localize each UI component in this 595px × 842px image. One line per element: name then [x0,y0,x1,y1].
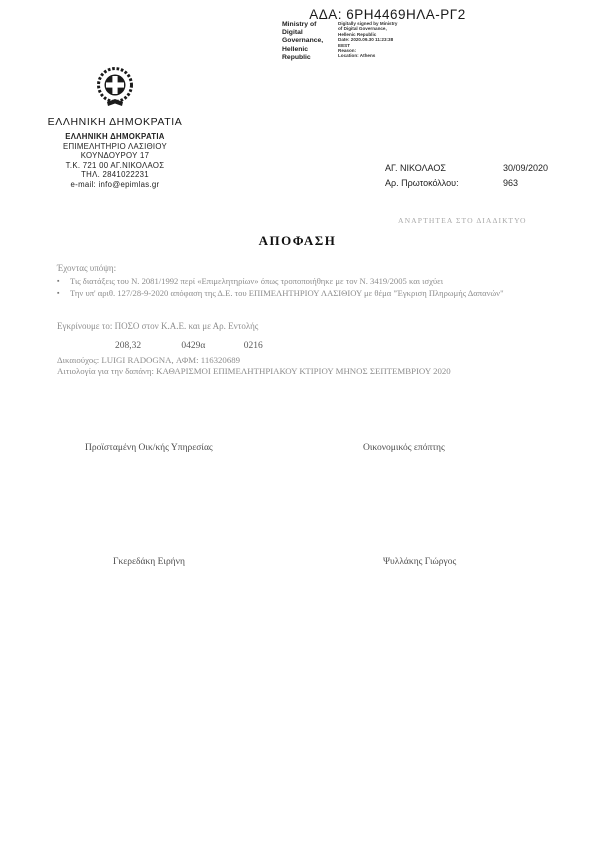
digital-signature-stamp: Ministry of Digital Governance, Hellenic… [282,21,420,62]
protocol-date: 30/09/2020 [503,163,575,173]
order-number: 0216 [244,341,263,351]
internet-posting-note: ΑΝΑΡΤΗΤΕΑ ΣΤΟ ΔΙΑΔΙΚΤΥΟ [398,216,527,225]
having-regard-label: Έχοντας υπόψη: [57,263,116,273]
protocol-number: 963 [503,178,575,188]
expense-reason-line: Αιτιολογία για την δαπάνη: ΚΑΘΑΡΙΣΜΟΙ ΕΠ… [57,366,557,376]
signature-title-right: Οικονομικός επόπτης [363,443,445,453]
hellenic-republic-emblem-icon [95,66,135,110]
amount-value: 208,32 [115,341,179,351]
legal-basis-list: ▪ Τις διατάξεις του Ν. 2081/1992 περί «Ε… [57,276,547,299]
legal-basis-text: Την υπ' αριθ. 127/28-9-2020 απόφαση της … [70,288,547,299]
list-item: ▪ Την υπ' αριθ. 127/28-9-2020 απόφαση τη… [57,288,547,299]
letterhead-republic-title: ΕΛΛΗΝΙΚΗ ΔΗΜΟΚΡΑΤΙΑ [30,116,200,128]
signature-name-left: Γκερεδάκη Ειρήνη [113,557,185,567]
document-page: ΑΔΑ: 6ΡΗ4469ΗΛΑ-ΡΓ2 Ministry of Digital … [0,0,595,842]
stamp-organization: Ministry of Digital Governance, Hellenic… [282,21,332,62]
stamp-signature-details: Digitally signed by Ministry of Digital … [338,21,420,62]
stamp-org-line: Hellenic Republic [282,46,332,62]
bullet-icon: ▪ [57,276,70,287]
decision-title: ΑΠΟΦΑΣΗ [0,233,595,249]
beneficiary-line: Δικαιούχος: LUIGI RADOGNA, ΑΦΜ: 11632068… [57,355,240,365]
approval-line: Εγκρίνουμε το: ΠΟΣΟ στον Κ.Α.Ε. και με Α… [57,321,258,331]
letterhead-line: ΕΛΛΗΝΙΚΗ ΔΗΜΟΚΡΑΤΙΑ [30,132,200,142]
list-item: ▪ Τις διατάξεις του Ν. 2081/1992 περί «Ε… [57,276,547,287]
ada-code: ΑΔΑ: 6ΡΗ4469ΗΛΑ-ΡΓ2 [0,7,595,22]
signature-title-left: Προϊσταμένη Οικ/κής Υπηρεσίας [85,443,213,453]
bullet-icon: ▪ [57,288,70,299]
letterhead-line: ΚΟΥΝΔΟΥΡΟΥ 17 [30,151,200,161]
letterhead: ΕΛΛΗΝΙΚΗ ΔΗΜΟΚΡΑΤΙΑ ΕΛΛΗΝΙΚΗ ΔΗΜΟΚΡΑΤΙΑ … [30,66,200,190]
legal-basis-text: Τις διατάξεις του Ν. 2081/1992 περί «Επι… [70,276,547,287]
protocol-place: ΑΓ. ΝΙΚΟΛΑΟΣ [385,163,446,173]
stamp-org-line: Ministry of Digital [282,21,332,37]
letterhead-line: Τ.Κ. 721 00 ΑΓ.ΝΙΚΟΛΑΟΣ [30,161,200,171]
protocol-block: ΑΓ. ΝΙΚΟΛΑΟΣ 30/09/2020 Αρ. Πρωτοκόλλου:… [385,163,575,193]
kae-code: 0429α [181,341,241,351]
letterhead-line: ΕΠΙΜΕΛΗΤΗΡΙΟ ΛΑΣΙΘΙΟΥ [30,142,200,152]
stamp-detail-line: Location: Athens [338,53,420,58]
stamp-org-line: Governance, [282,37,332,45]
protocol-number-label: Αρ. Πρωτοκόλλου: [385,178,459,188]
signature-name-right: Ψυλλάκης Γιώργος [383,557,456,567]
letterhead-line: ΤΗΛ. 2841022231 [30,170,200,180]
amounts-row: 208,32 0429α 0216 [115,341,263,351]
letterhead-email: e-mail: info@epimlas.gr [30,180,200,190]
